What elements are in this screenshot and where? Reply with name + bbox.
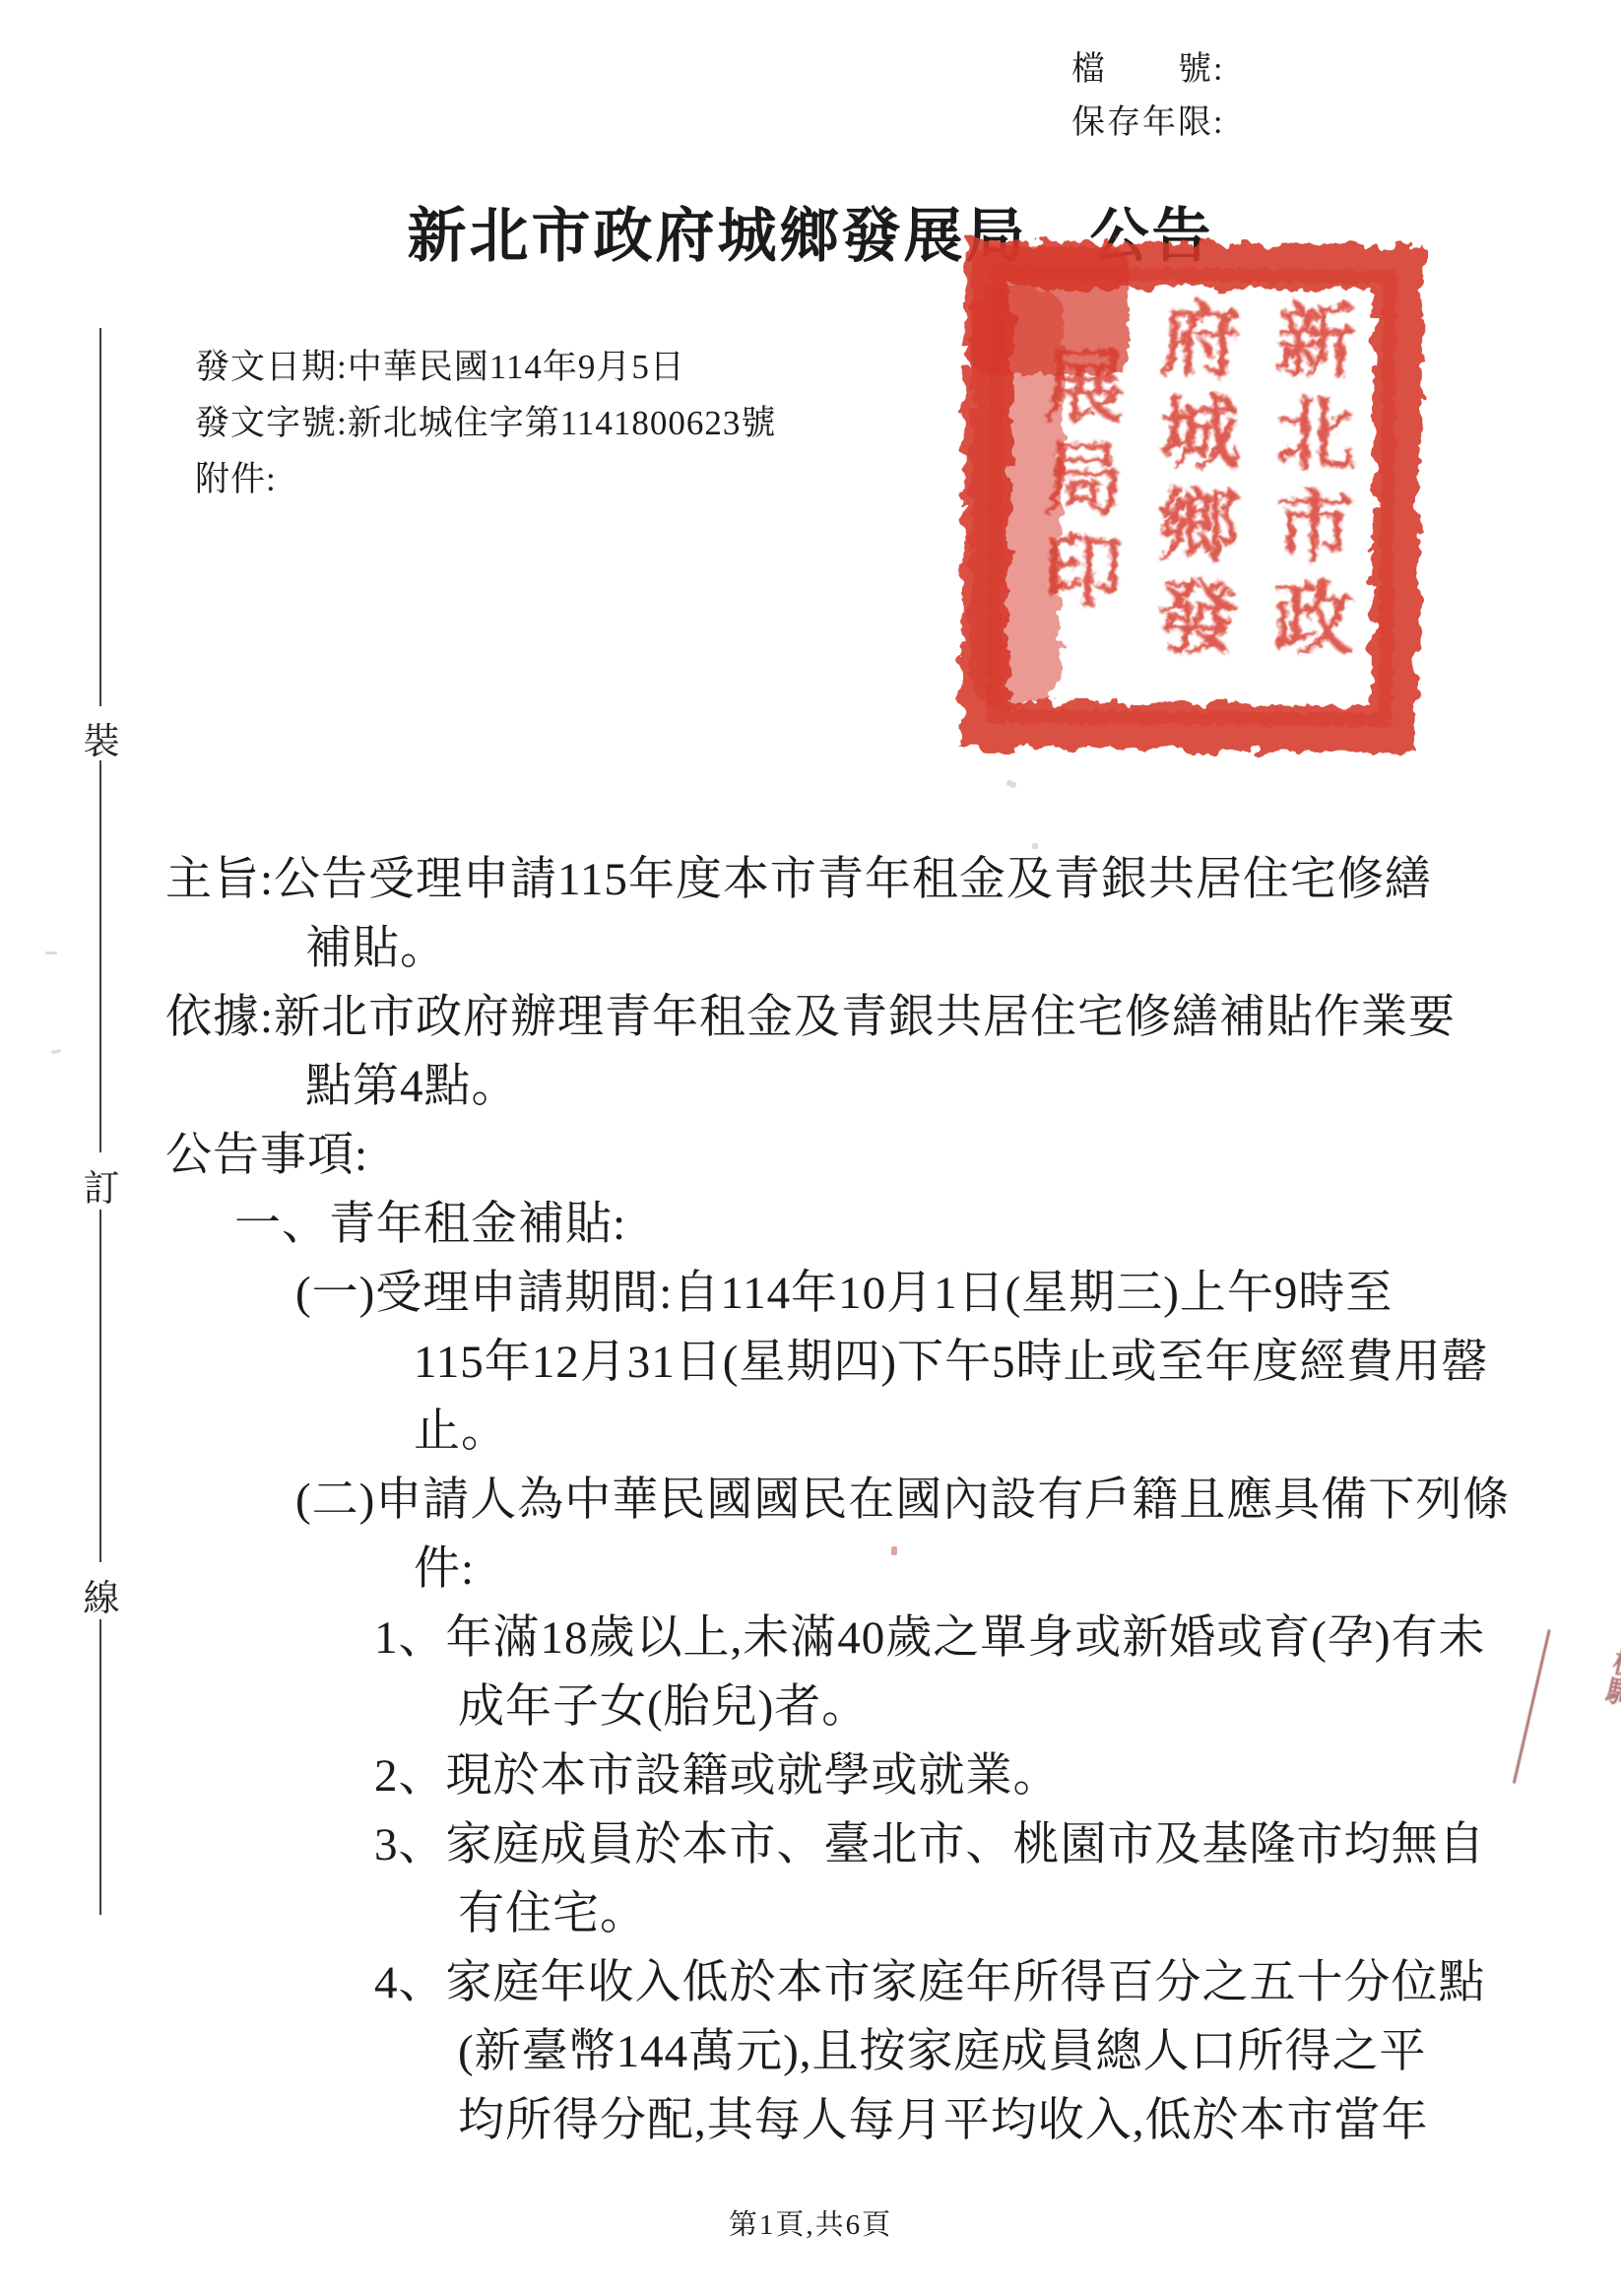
scan-artifact <box>891 1546 897 1555</box>
file-number-label: 檔 號: <box>1071 43 1224 97</box>
archive-block: 檔 號: 保存年限: <box>1071 43 1224 150</box>
body-line: 主旨:公告受理申請115年度本市青年租金及青銀共居住宅修繕 <box>165 845 1510 914</box>
document-meta: 發文日期:中華民國114年9月5日 發文字號:新北城住字第1141800623號… <box>195 339 776 507</box>
seal-column: 府城鄉發 <box>1147 297 1236 696</box>
body-line: (新臺幣144萬元),且按家庭成員總人口所得之平 <box>458 2017 1510 2086</box>
body-line: 有住宅。 <box>458 1879 1510 1948</box>
binding-mark-ding: 訂 <box>81 1158 122 1212</box>
body-line: 一、青年租金補貼: <box>234 1190 1510 1259</box>
page-number: 第1頁,共6頁 <box>0 2202 1621 2243</box>
announcement-body: 主旨:公告受理申請115年度本市青年租金及青銀共居住宅修繕 補貼。 依據:新北市… <box>165 845 1510 2155</box>
issue-date: 發文日期:中華民國114年9月5日 <box>195 339 776 395</box>
binding-mark-xian: 線 <box>81 1568 122 1621</box>
attachment-label: 附件: <box>195 451 776 507</box>
scan-artifact <box>45 951 57 954</box>
seal-text: 新北市政 府城鄉發 展局印 <box>1016 295 1367 697</box>
seal-column: 新北市政 <box>1263 298 1351 697</box>
body-line: 2、現於本市設籍或就學或就業。 <box>374 1741 1510 1810</box>
body-line: 3、家庭成員於本市、臺北市、桃園市及基隆市均無自 <box>374 1810 1510 1879</box>
edge-binding-stamp: 新府 機騎 <box>1513 1629 1621 1814</box>
binding-line-segment <box>99 1210 101 1562</box>
edge-stamp-column: 機騎 <box>1577 1644 1621 1804</box>
body-line: 均所得分配,其每人每月平均收入,低於本市當年 <box>458 2086 1510 2155</box>
body-line: (一)受理申請期間:自114年10月1日(星期三)上午9時至 <box>295 1259 1510 1328</box>
binding-line-segment <box>99 760 101 1152</box>
body-line: 115年12月31日(星期四)下午5時止或至年度經費用罄 <box>414 1328 1510 1397</box>
seal-column: 展局印 <box>1032 295 1121 694</box>
document-number: 發文字號:新北城住字第1141800623號 <box>195 395 776 451</box>
body-line: 1、年滿18歲以上,未滿40歲之單身或新婚或育(孕)有未 <box>374 1604 1510 1673</box>
body-line: 公告事項: <box>165 1121 1510 1190</box>
retention-period-label: 保存年限: <box>1071 97 1224 150</box>
scan-artifact <box>1005 779 1017 789</box>
body-line: (二)申請人為中華民國國民在國內設有戶籍且應具備下列條 <box>295 1466 1510 1535</box>
body-line: 依據:新北市政府辦理青年租金及青銀共居住宅修繕補貼作業要 <box>165 983 1510 1052</box>
binding-mark-zhuang: 裝 <box>81 711 122 764</box>
scan-artifact <box>1032 843 1038 849</box>
binding-line-segment <box>99 1619 101 1915</box>
official-seal: 新北市政 府城鄉發 展局印 <box>960 240 1422 754</box>
body-line: 點第4點。 <box>305 1052 1510 1121</box>
body-line: 補貼。 <box>305 914 1510 983</box>
body-line: 止。 <box>414 1397 1510 1466</box>
scan-artifact <box>51 1049 61 1054</box>
body-line: 4、家庭年收入低於本市家庭年所得百分之五十分位點 <box>374 1948 1510 2017</box>
scanned-announcement-page: 檔 號: 保存年限: 新北市政府城鄉發展局 公告 新北市政 府城鄉發 展局印 發… <box>0 0 1621 2296</box>
body-line: 成年子女(胎兒)者。 <box>458 1673 1510 1741</box>
body-line: 件: <box>414 1535 1510 1604</box>
binding-line-segment <box>99 328 101 706</box>
